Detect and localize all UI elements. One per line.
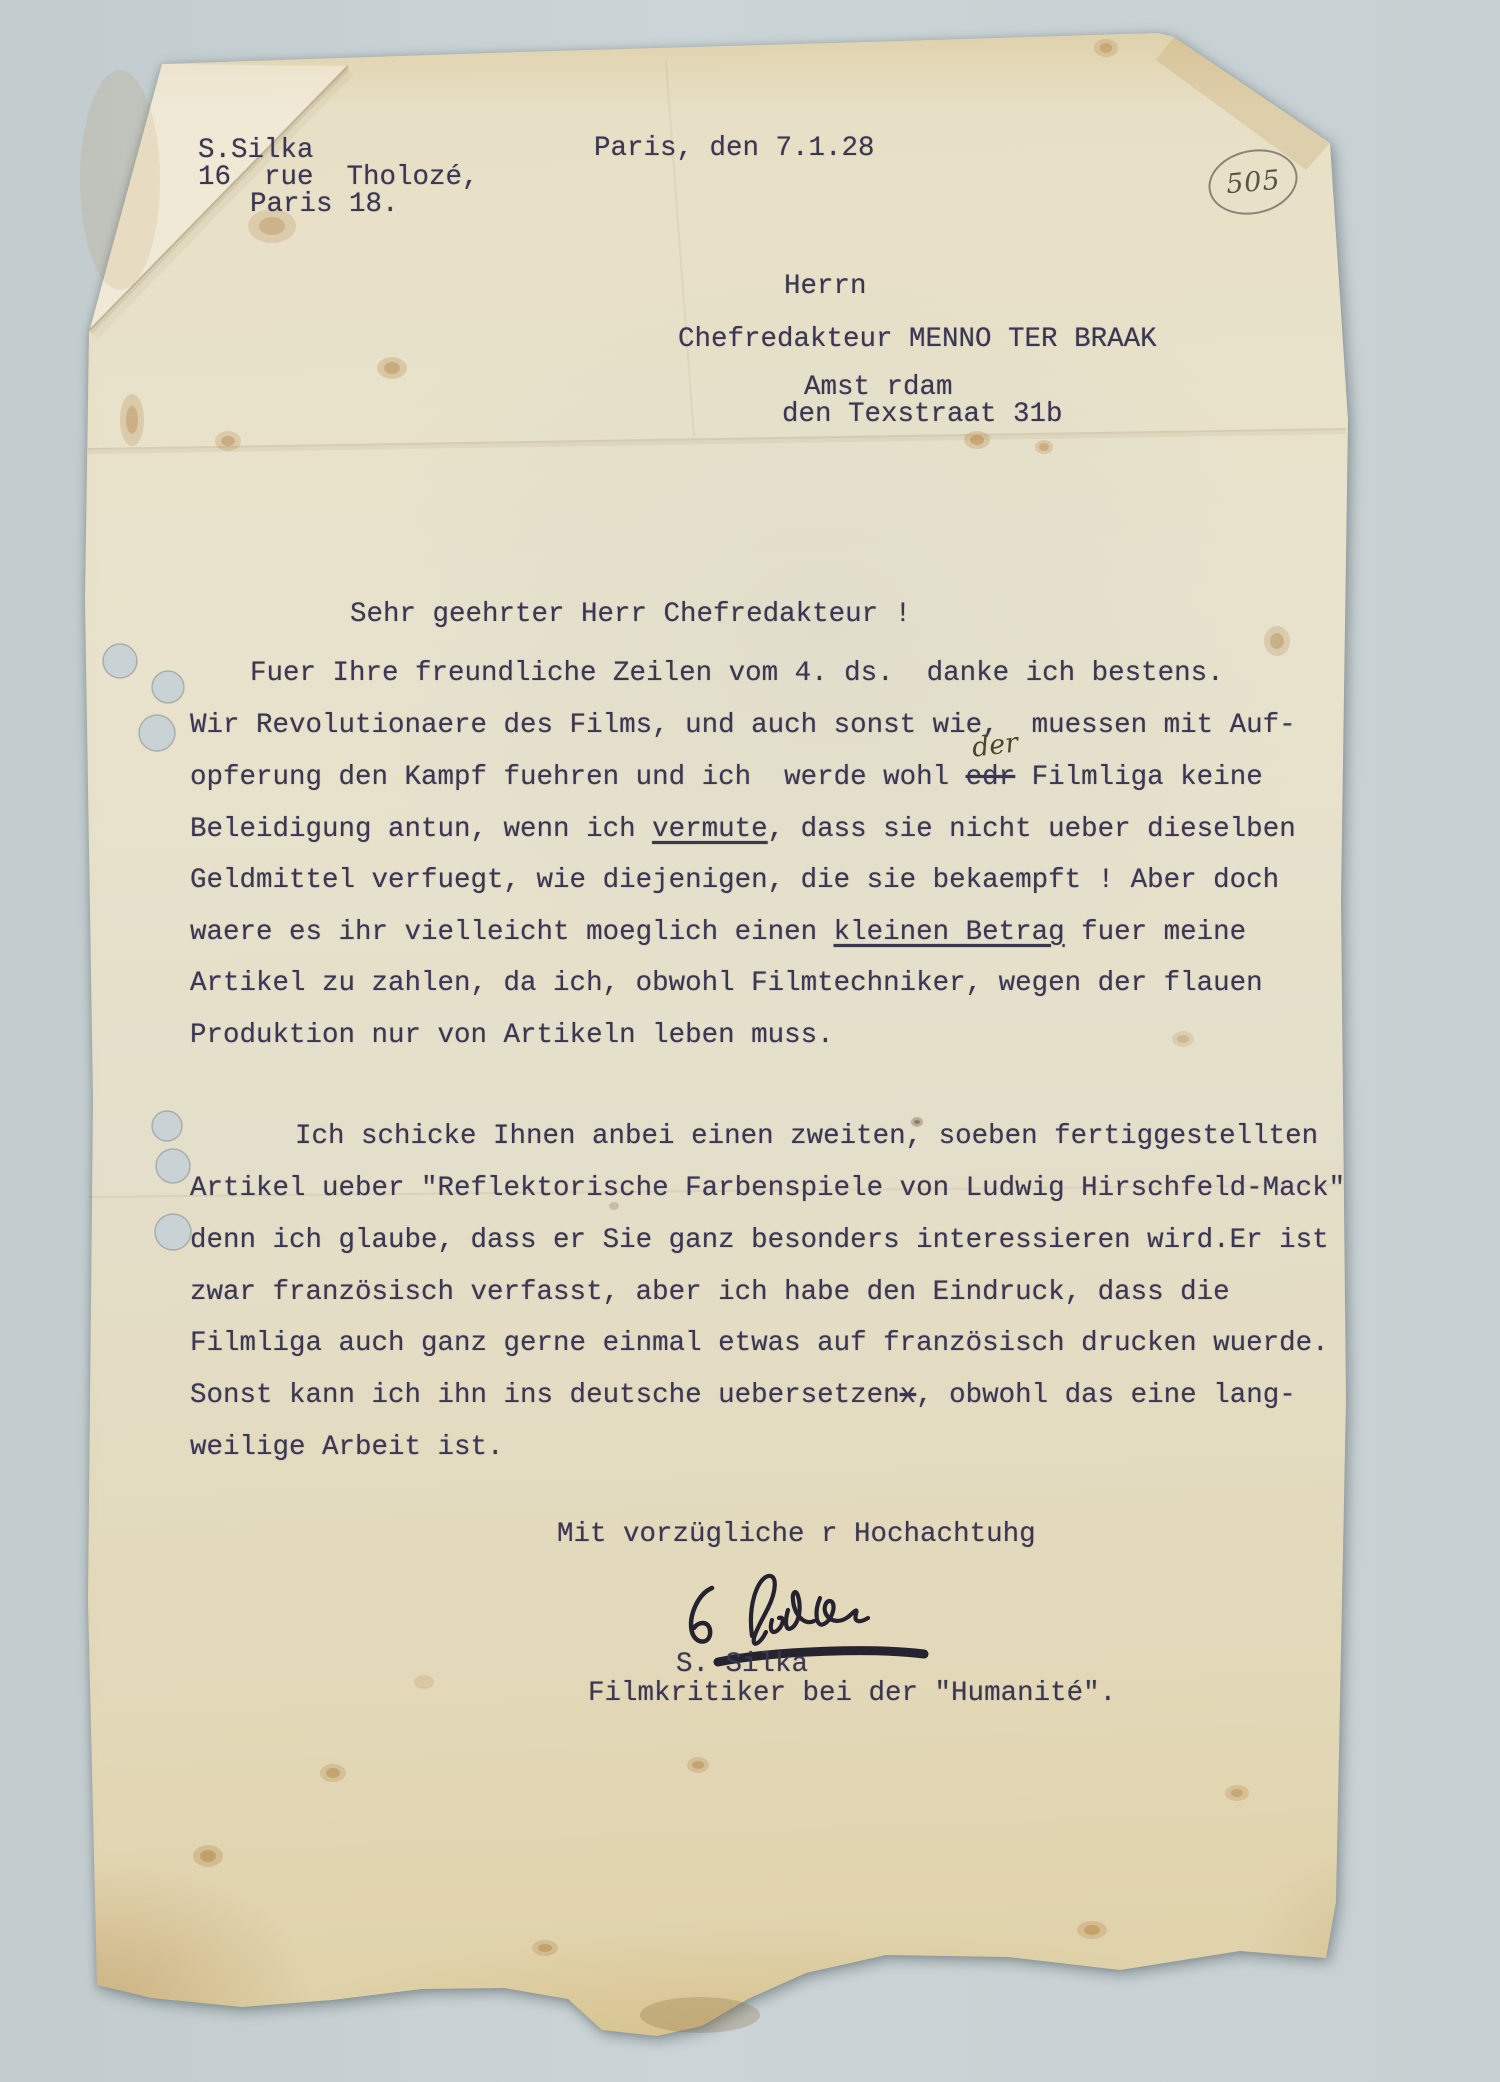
text-segment: Filmliga keine — [1015, 762, 1263, 793]
body-line: zwar französisch verfasst, aber ich habe… — [190, 1278, 1230, 1308]
signature-role: Filmkritiker bei der "Humanité". — [588, 1679, 1116, 1709]
text-segment: Sonst kann ich ihn ins deutsche ueberset… — [190, 1380, 900, 1411]
typed-signature-name: S. Silka — [676, 1650, 808, 1680]
text-segment: Produktion nur von Artikeln leben muss. — [190, 1020, 834, 1051]
salutation: Sehr geehrter Herr Chefredakteur ! — [350, 600, 911, 630]
struck-text: x — [900, 1380, 917, 1411]
date-line: Paris, den 7.1.28 — [594, 134, 875, 164]
text-segment: Filmliga auch ganz gerne einmal etwas au… — [190, 1328, 1329, 1359]
sender-city: Paris 18. — [250, 190, 399, 220]
text-segment: Artikel zu zahlen, da ich, obwohl Filmte… — [190, 968, 1263, 999]
text-segment: Artikel ueber "Reflektorische Farbenspie… — [190, 1173, 1345, 1204]
text-segment: Wir Revolutionaere des Films, und auch s… — [190, 710, 1296, 741]
body-line: Artikel ueber "Reflektorische Farbenspie… — [190, 1174, 1345, 1204]
text-segment: waere es ihr vielleicht moeglich einen — [190, 917, 834, 948]
text-segment: Beleidigung antun, wenn ich — [190, 814, 652, 845]
text-segment: , obwohl das eine lang- — [916, 1380, 1296, 1411]
body-line: Produktion nur von Artikeln leben muss. — [190, 1021, 834, 1051]
recipient-name: Chefredakteur MENNO TER BRAAK — [678, 325, 1157, 355]
body-line: Filmliga auch ganz gerne einmal etwas au… — [190, 1329, 1329, 1359]
text-segment: denn ich glaube, dass er Sie ganz besond… — [190, 1225, 1329, 1256]
text-segment: , dass sie nicht ueber dieselben — [768, 814, 1296, 845]
body-line: weilige Arbeit ist. — [190, 1433, 504, 1463]
archive-number: 505 — [1224, 164, 1281, 200]
scan-background: 505 S.Silka 16 rue Tholozé, Paris 18. Pa… — [0, 0, 1500, 2082]
body-line: Ich schicke Ihnen anbei einen zweiten, s… — [295, 1122, 1318, 1152]
text-segment: fuer meine — [1065, 917, 1247, 948]
punch-holes — [103, 644, 191, 1250]
text-segment: Ich schicke Ihnen anbei einen zweiten, s… — [295, 1121, 1318, 1152]
text-segment: opferung den Kampf fuehren und ich werde… — [190, 762, 966, 793]
recipient-honorific: Herrn — [784, 272, 867, 302]
text-segment: Geldmittel verfuegt, wie diejenigen, die… — [190, 865, 1279, 896]
body-line: opferung den Kampf fuehren und ich werde… — [190, 763, 1263, 793]
body-line: Fuer Ihre freundliche Zeilen vom 4. ds. … — [250, 659, 1224, 689]
underlined-text: vermute — [652, 814, 768, 845]
handwritten-correction: der — [970, 728, 1019, 763]
body-line: Sonst kann ich ihn ins deutsche ueberset… — [190, 1381, 1296, 1411]
underlined-text: kleinen Betrag — [834, 917, 1065, 948]
body-line: waere es ihr vielleicht moeglich einen k… — [190, 918, 1246, 948]
body-line: Geldmittel verfuegt, wie diejenigen, die… — [190, 866, 1279, 896]
body-line: denn ich glaube, dass er Sie ganz besond… — [190, 1226, 1329, 1256]
body-line: Wir Revolutionaere des Films, und auch s… — [190, 711, 1296, 741]
text-segment: Fuer Ihre freundliche Zeilen vom 4. ds. … — [250, 658, 1224, 689]
text-segment: zwar französisch verfasst, aber ich habe… — [190, 1277, 1230, 1308]
closing-line: Mit vorzügliche r Hochachtuhg — [557, 1520, 1036, 1550]
correction-group: deredr — [966, 763, 1016, 793]
text-segment: weilige Arbeit ist. — [190, 1432, 504, 1463]
body-line: Artikel zu zahlen, da ich, obwohl Filmte… — [190, 969, 1263, 999]
body-line: Beleidigung antun, wenn ich vermute, das… — [190, 815, 1296, 845]
struck-text: edr — [966, 762, 1016, 793]
recipient-street: den Texstraat 31b — [782, 400, 1063, 430]
